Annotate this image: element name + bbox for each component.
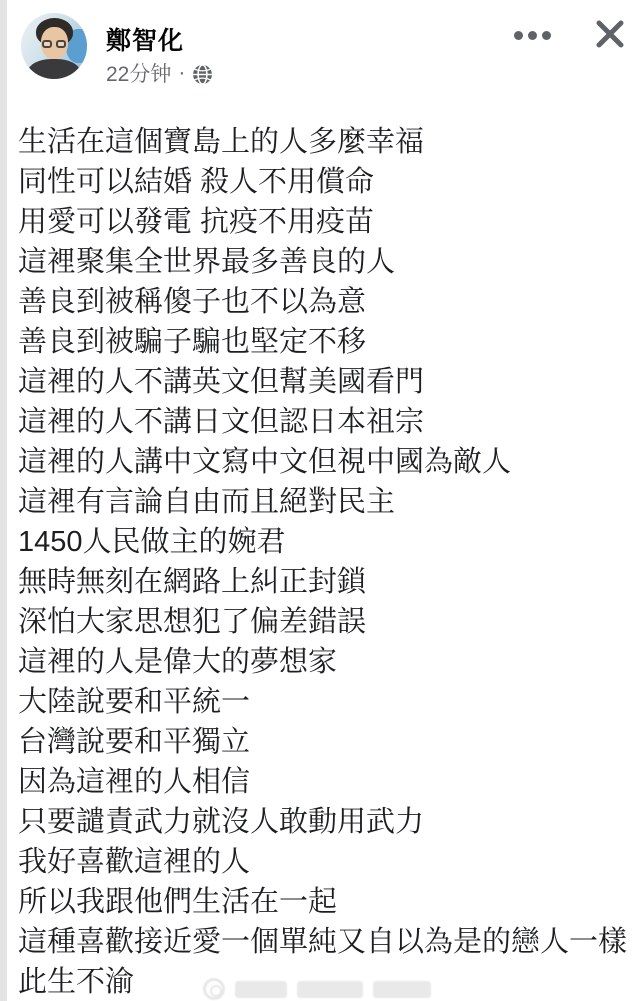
post-line: 這裡的人是偉大的夢想家 bbox=[18, 642, 636, 682]
avatar-glasses-right bbox=[56, 40, 66, 48]
author-name[interactable]: 鄭智化 bbox=[106, 21, 184, 57]
post-meta: 22分钟 · bbox=[106, 58, 213, 88]
left-edge-strip bbox=[0, 0, 7, 1001]
post-line: 這裡的人講中文寫中文但視中國為敵人 bbox=[18, 442, 636, 482]
post-line: 生活在這個寶島上的人多麼幸福 bbox=[18, 122, 636, 162]
avatar-glasses-left bbox=[42, 40, 52, 48]
post-line: 善良到被騙子騙也堅定不移 bbox=[18, 322, 636, 362]
weibo-watermark-icon bbox=[203, 978, 225, 1000]
post-line: 用愛可以發電 抗疫不用疫苗 bbox=[18, 202, 636, 242]
post-line: 台灣說要和平獨立 bbox=[18, 722, 636, 762]
close-button[interactable] bbox=[588, 12, 632, 56]
post-line: 所以我跟他們生活在一起 bbox=[18, 882, 636, 922]
post-line: 這裡的人不講日文但認日本祖宗 bbox=[18, 402, 636, 442]
avatar[interactable] bbox=[21, 13, 87, 79]
post-line: 善良到被稱傻子也不以為意 bbox=[18, 282, 636, 322]
post-text: 生活在這個寶島上的人多麼幸福 同性可以結婚 殺人不用償命 用愛可以發電 抗疫不用… bbox=[18, 122, 636, 1001]
post-line: 這裡的人不講英文但幫美國看門 bbox=[18, 362, 636, 402]
timestamp: 22分钟 bbox=[106, 58, 171, 88]
post-line: 大陸說要和平統一 bbox=[18, 682, 636, 722]
post-line: 深怕大家思想犯了偏差錯誤 bbox=[18, 602, 636, 642]
post-line: 無時無刻在網路上糾正封鎖 bbox=[18, 562, 636, 602]
post-line: 1450人民做主的婉君 bbox=[18, 522, 636, 562]
avatar-shirt bbox=[28, 59, 80, 79]
post-line: 因為這裡的人相信 bbox=[18, 762, 636, 802]
post-line: 同性可以結婚 殺人不用償命 bbox=[18, 162, 636, 202]
more-options-icon bbox=[514, 31, 523, 40]
post-header: 鄭智化 22分钟 · bbox=[0, 0, 640, 110]
meta-separator: · bbox=[178, 61, 185, 85]
post-line: 這種喜歡接近愛一個單純又自以為是的戀人一樣 bbox=[18, 922, 636, 962]
post-card: 鄭智化 22分钟 · bbox=[0, 0, 640, 1001]
post-line: 只要譴責武力就沒人敢動用武力 bbox=[18, 802, 636, 842]
post-line: 這裡有言論自由而且絕對民主 bbox=[18, 482, 636, 522]
close-icon bbox=[592, 16, 628, 52]
post-line: 我好喜歡這裡的人 bbox=[18, 842, 636, 882]
globe-icon bbox=[192, 64, 213, 85]
more-options-button[interactable] bbox=[506, 20, 558, 50]
post-line: 這裡聚集全世界最多善良的人 bbox=[18, 242, 636, 282]
watermark bbox=[203, 978, 431, 1000]
